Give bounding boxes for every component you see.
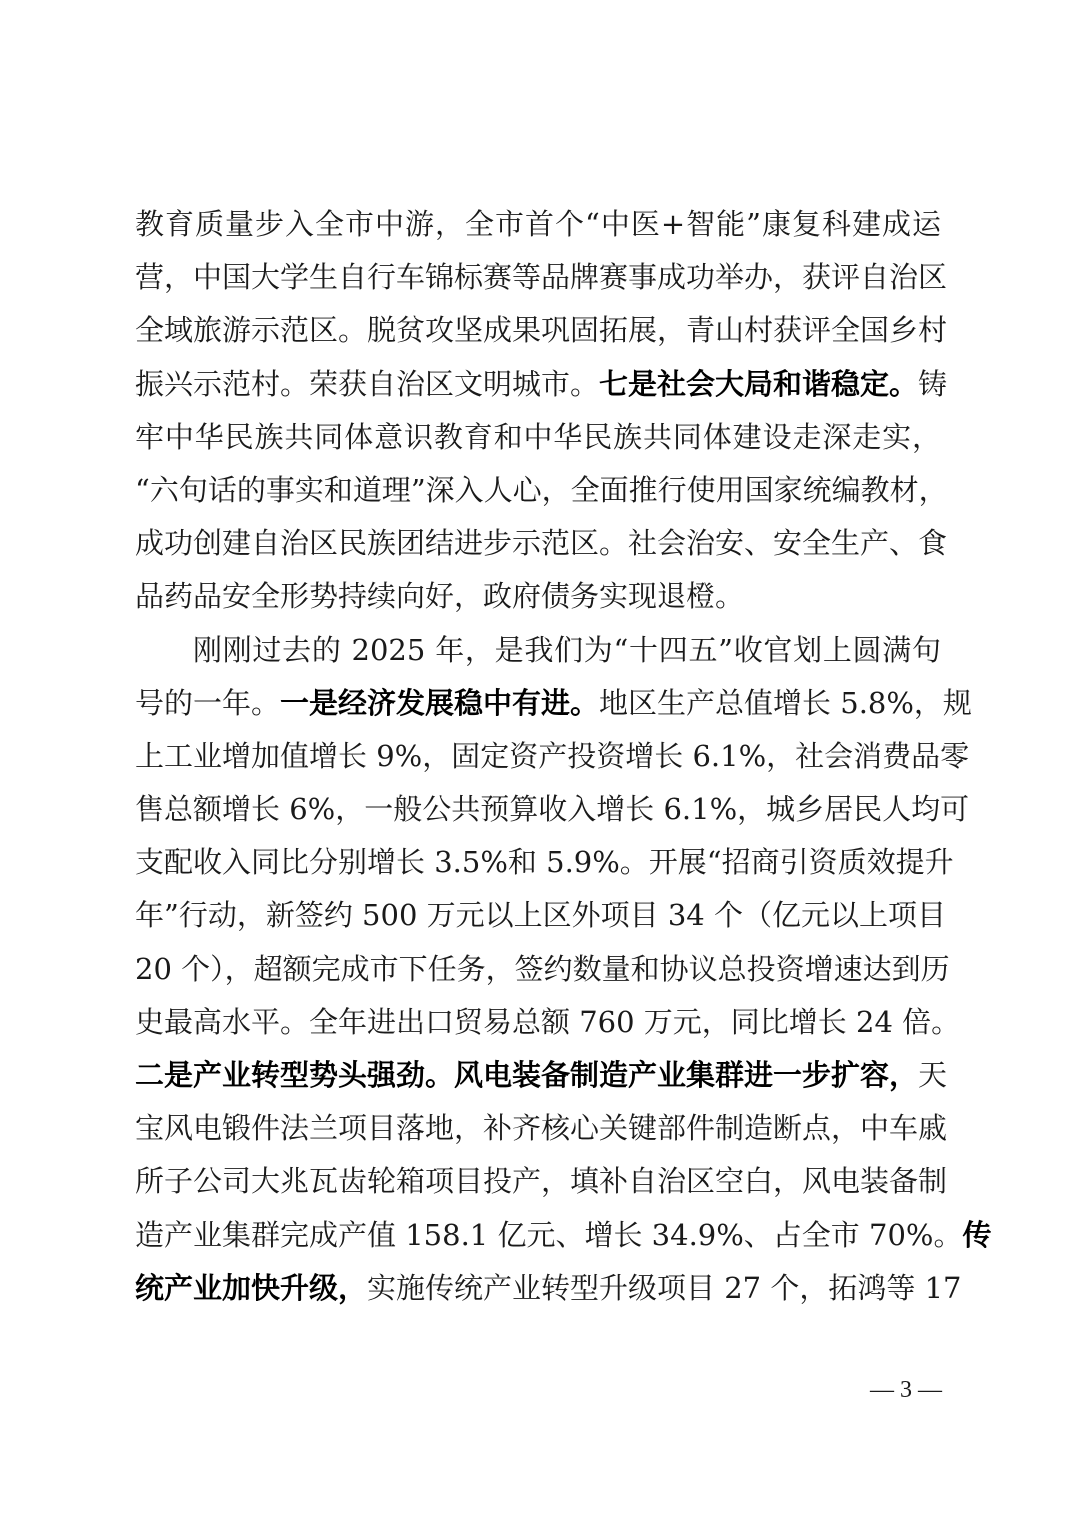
text-line: 二是产业转型势头强劲。风电装备制造产业集群进一步扩容，天 xyxy=(135,1049,941,1102)
text-run: 所子公司大兆瓦齿轮箱项目投产，填补自治区空白，风电装备制 xyxy=(135,1164,947,1198)
text-line: 成功创建自治区民族团结进步示范区。社会治安、安全生产、食 xyxy=(135,517,941,570)
bold-heading-run: 一是经济发展稳中有进。 xyxy=(280,686,599,720)
document-page: 教育质量步入全市中游，全市首个“中医+智能”康复科建成运营，中国大学生自行车锦标… xyxy=(0,0,1074,1520)
text-line: 宝风电锻件法兰项目落地，补齐核心关键部件制造断点，中车戚 xyxy=(135,1102,941,1155)
text-line: 20 个），超额完成市下任务，签约数量和协议总投资增速达到历 xyxy=(135,943,941,996)
text-line: 全域旅游示范区。脱贫攻坚成果巩固拓展，青山村获评全国乡村 xyxy=(135,304,941,357)
text-run: “六句话的事实和道理”深入人心，全面推行使用国家统编教材， xyxy=(135,473,948,507)
bold-heading-run: 统产业加快升级， xyxy=(135,1271,367,1305)
text-line: 售总额增长 6%，一般公共预算收入增长 6.1%，城乡居民人均可 xyxy=(135,783,941,836)
text-run: 天 xyxy=(918,1058,947,1092)
text-run: 品药品安全形势持续向好，政府债务实现退橙。 xyxy=(135,579,744,613)
text-line: 教育质量步入全市中游，全市首个“中医+智能”康复科建成运 xyxy=(135,198,941,251)
text-line: 年”行动，新签约 500 万元以上区外项目 34 个（亿元以上项目 xyxy=(135,889,941,942)
text-run: 上工业增加值增长 9%，固定资产投资增长 6.1%，社会消费品零 xyxy=(135,739,969,773)
text-line: 上工业增加值增长 9%，固定资产投资增长 6.1%，社会消费品零 xyxy=(135,730,941,783)
text-line: 史最高水平。全年进出口贸易总额 760 万元，同比增长 24 倍。 xyxy=(135,996,941,1049)
body-text: 教育质量步入全市中游，全市首个“中医+智能”康复科建成运营，中国大学生自行车锦标… xyxy=(135,198,941,1315)
text-run: 宝风电锻件法兰项目落地，补齐核心关键部件制造断点，中车戚 xyxy=(135,1111,947,1145)
text-run: 地区生产总值增长 5.8%，规 xyxy=(599,686,972,720)
text-line: 刚刚过去的 2025 年，是我们为“十四五”收官划上圆满句 xyxy=(135,624,941,677)
text-run: 营，中国大学生自行车锦标赛等品牌赛事成功举办，获评自治区 xyxy=(135,260,947,294)
text-line: 牢中华民族共同体意识教育和中华民族共同体建设走深走实， xyxy=(135,411,941,464)
text-run: 售总额增长 6%，一般公共预算收入增长 6.1%，城乡居民人均可 xyxy=(135,792,969,826)
text-line: 品药品安全形势持续向好，政府债务实现退橙。 xyxy=(135,570,941,623)
bold-heading-run: 传 xyxy=(962,1218,991,1252)
text-run: 成功创建自治区民族团结进步示范区。社会治安、安全生产、食 xyxy=(135,526,947,560)
text-run: 牢中华民族共同体意识教育和中华民族共同体建设走深走实， xyxy=(135,420,941,454)
text-run: 教育质量步入全市中游，全市首个“中医+智能”康复科建成运 xyxy=(135,207,941,241)
text-line: “六句话的事实和道理”深入人心，全面推行使用国家统编教材， xyxy=(135,464,941,517)
text-run: 振兴示范村。荣获自治区文明城市。 xyxy=(135,367,599,401)
text-run: 全域旅游示范区。脱贫攻坚成果巩固拓展，青山村获评全国乡村 xyxy=(135,313,947,347)
text-run: 20 个），超额完成市下任务，签约数量和协议总投资增速达到历 xyxy=(135,952,950,986)
text-line: 号的一年。一是经济发展稳中有进。地区生产总值增长 5.8%，规 xyxy=(135,677,941,730)
text-line: 所子公司大兆瓦齿轮箱项目投产，填补自治区空白，风电装备制 xyxy=(135,1155,941,1208)
text-line: 统产业加快升级，实施传统产业转型升级项目 27 个，拓鸿等 17 xyxy=(135,1262,941,1315)
text-line: 营，中国大学生自行车锦标赛等品牌赛事成功举办，获评自治区 xyxy=(135,251,941,304)
bold-heading-run: 七是社会大局和谐稳定。 xyxy=(599,367,918,401)
page-number: — 3 — xyxy=(860,1372,942,1408)
text-run: 史最高水平。全年进出口贸易总额 760 万元，同比增长 24 倍。 xyxy=(135,1005,960,1039)
text-line: 支配收入同比分别增长 3.5%和 5.9%。开展“招商引资质效提升 xyxy=(135,836,941,889)
text-line: 振兴示范村。荣获自治区文明城市。七是社会大局和谐稳定。铸 xyxy=(135,358,941,411)
text-run: 实施传统产业转型升级项目 27 个，拓鸿等 17 xyxy=(367,1271,961,1305)
text-run: 支配收入同比分别增长 3.5%和 5.9%。开展“招商引资质效提升 xyxy=(135,845,954,879)
text-run: 号的一年。 xyxy=(135,686,280,720)
text-run: 刚刚过去的 2025 年，是我们为“十四五”收官划上圆满句 xyxy=(193,633,941,667)
bold-heading-run: 二是产业转型势头强劲。风电装备制造产业集群进一步扩容， xyxy=(135,1058,918,1092)
text-run: 铸 xyxy=(918,367,947,401)
text-run: 造产业集群完成产值 158.1 亿元、增长 34.9%、占全市 70%。 xyxy=(135,1218,962,1252)
text-line: 造产业集群完成产值 158.1 亿元、增长 34.9%、占全市 70%。传 xyxy=(135,1209,941,1262)
text-run: 年”行动，新签约 500 万元以上区外项目 34 个（亿元以上项目 xyxy=(135,898,946,932)
